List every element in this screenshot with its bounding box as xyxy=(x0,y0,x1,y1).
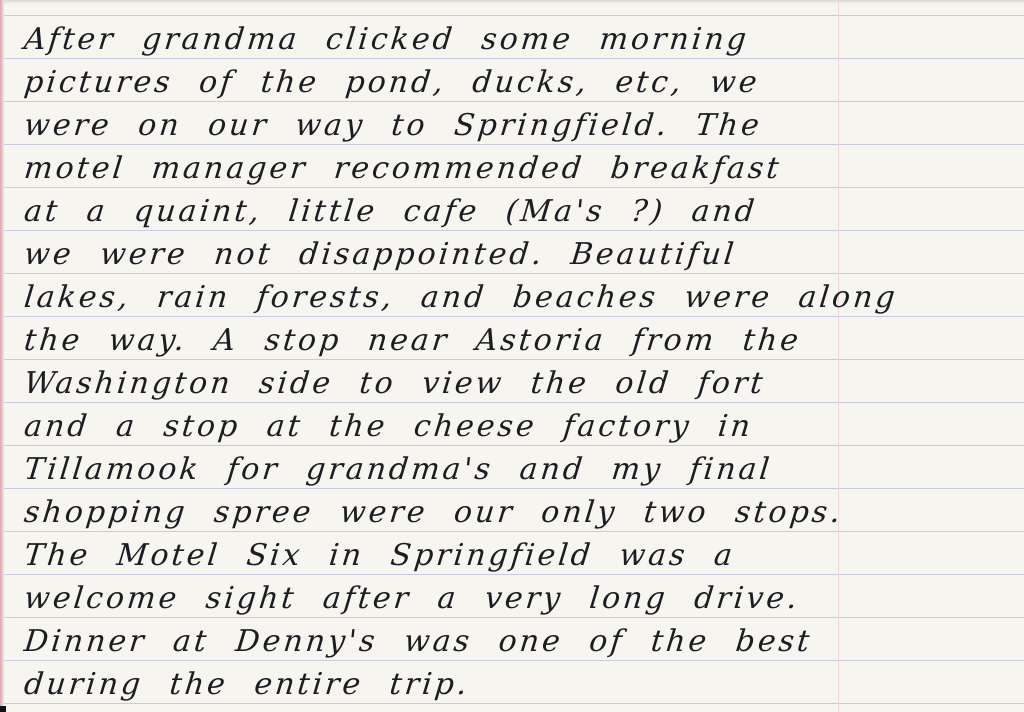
text-line: during the entire trip. xyxy=(22,663,987,706)
text-line: shopping spree were our only two stops. xyxy=(22,491,987,534)
paper-top-edge xyxy=(0,0,1024,4)
text-line: motel manager recommended breakfast xyxy=(22,147,987,190)
text-line: were on our way to Springfield. The xyxy=(22,104,987,147)
text-line: The Motel Six in Springfield was a xyxy=(22,534,987,577)
lined-paper-page: After grandma clicked some morning pictu… xyxy=(0,0,1024,712)
text-line: at a quaint, little cafe (Ma's ?) and xyxy=(22,190,987,233)
paper-left-edge xyxy=(0,0,4,712)
text-line: we were not disappointed. Beautiful xyxy=(22,233,987,276)
text-line: After grandma clicked some morning xyxy=(22,18,987,61)
scan-corner-mark xyxy=(0,706,6,712)
text-line: welcome sight after a very long drive. xyxy=(22,577,987,620)
text-line: lakes, rain forests, and beaches were al… xyxy=(22,276,987,319)
text-line: pictures of the pond, ducks, etc, we xyxy=(22,61,987,104)
text-line: Washington side to view the old fort xyxy=(22,362,987,405)
text-line: the way. A stop near Astoria from the xyxy=(22,319,987,362)
text-line: and a stop at the cheese factory in xyxy=(22,405,987,448)
text-line: Dinner at Denny's was one of the best xyxy=(22,620,987,663)
text-line: Tillamook for grandma's and my final xyxy=(22,448,987,491)
handwritten-text: After grandma clicked some morning pictu… xyxy=(22,18,982,706)
